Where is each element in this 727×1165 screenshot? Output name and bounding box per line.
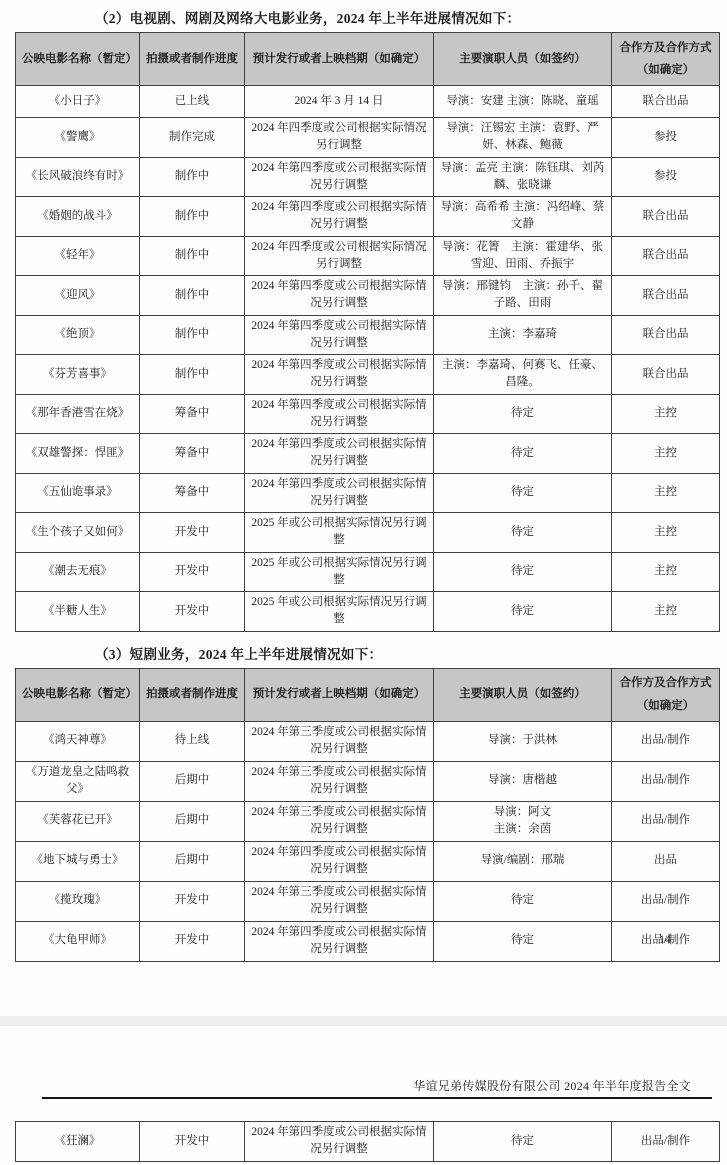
table-row: 《五仙诡事录》筹备中2024 年第四季度或公司根据实际情况另行调整待定主控 xyxy=(16,473,720,513)
table-cell: 2024 年四季度或公司根据实际情况另行调整 xyxy=(245,236,434,276)
short-drama-table: 公映电影名称（暂定） 拍摄或者制作进度 预计发行或者上映档期（如确定） 主要演职… xyxy=(15,668,720,962)
table-cell: 2024 年第三季度或公司根据实际情况另行调整 xyxy=(245,761,434,801)
table-cell: 《警鹰》 xyxy=(16,118,140,158)
table-cell: 《婚姻的战斗》 xyxy=(16,197,140,237)
table-cell: 参投 xyxy=(612,118,720,158)
table-cell: 出品/制作 xyxy=(612,801,720,841)
table-row: 《芬芳喜事》制作中2024 年第四季度或公司根据实际情况另行调整主演：李嘉琦、何… xyxy=(16,355,720,395)
table-row: 《小日子》已上线2024 年 3 月 14 日导演：安建 主演：陈晓、童瑶联合出… xyxy=(16,86,720,118)
section-heading-tv-business: （2）电视剧、网剧及网络大电影业务，2024 年上半年进展情况如下： xyxy=(95,7,727,27)
table-cell: 制作中 xyxy=(140,236,245,276)
table-header-row: 公映电影名称（暂定） 拍摄或者制作进度 预计发行或者上映档期（如确定） 主要演职… xyxy=(16,668,720,721)
table-cell: 制作中 xyxy=(140,276,245,316)
report-page-15-top: 华谊兄弟传媒股份有限公司 2024 年半年度报告全文 《狂澜》开发中2024 年… xyxy=(0,1026,727,1165)
column-header-release-window: 预计发行或者上映档期（如确定） xyxy=(245,668,434,721)
table-cell: 筹备中 xyxy=(140,473,245,513)
table-cell: 《半糖人生》 xyxy=(16,592,140,632)
report-running-header: 华谊兄弟传媒股份有限公司 2024 年半年度报告全文 xyxy=(0,1077,691,1094)
table-cell: 制作中 xyxy=(140,315,245,355)
table-cell: 2024 年 3 月 14 日 xyxy=(245,86,434,118)
table-cell: 2025 年或公司根据实际情况另行调整 xyxy=(245,592,434,632)
table-cell: 2024 年第三季度或公司根据实际情况另行调整 xyxy=(245,881,434,921)
column-header-progress: 拍摄或者制作进度 xyxy=(140,668,245,721)
table-cell: 出品/制作 xyxy=(612,1122,720,1162)
table-cell: 《双雄警探：悍匪》 xyxy=(16,434,140,474)
table-cell: 已上线 xyxy=(140,86,245,118)
column-header-cooperation: 合作方及合作方式（如确定） xyxy=(612,668,720,721)
table-cell: 2025 年或公司根据实际情况另行调整 xyxy=(245,513,434,553)
table-cell: 参投 xyxy=(612,157,720,197)
table-cell: 2024 年第四季度或公司根据实际情况另行调整 xyxy=(245,315,434,355)
table-cell: 开发中 xyxy=(140,592,245,632)
table-row: 《揽玫瑰》开发中2024 年第三季度或公司根据实际情况另行调整待定出品/制作 xyxy=(16,881,720,921)
table-cell: 2024 年第四季度或公司根据实际情况另行调整 xyxy=(245,197,434,237)
table-cell: 主控 xyxy=(612,473,720,513)
table-cell: 待定 xyxy=(434,1122,612,1162)
table-cell: 联合出品 xyxy=(612,315,720,355)
table-cell: 2024 年第四季度或公司根据实际情况另行调整 xyxy=(245,841,434,881)
table-row: 《双雄警探：悍匪》筹备中2024 年第四季度或公司根据实际情况另行调整待定主控 xyxy=(16,434,720,474)
table-cell: 制作完成 xyxy=(140,118,245,158)
table-cell: 《小日子》 xyxy=(16,86,140,118)
page-number: 14 xyxy=(659,932,671,947)
table-cell: 导演：汪锡宏 主演：袁野、严妍、林森、鲍薇 xyxy=(434,118,612,158)
table-cell: 待定 xyxy=(434,394,612,434)
table-cell: 《生个孩子又如何》 xyxy=(16,513,140,553)
table-cell: 后期中 xyxy=(140,801,245,841)
table-cell: 出品/制作 xyxy=(612,721,720,761)
table-cell: 2024 年第四季度或公司根据实际情况另行调整 xyxy=(245,355,434,395)
table-cell: 《那年香港雪在烧》 xyxy=(16,394,140,434)
table-cell: 联合出品 xyxy=(612,276,720,316)
table-cell: 《潮去无痕》 xyxy=(16,552,140,592)
column-header-progress: 拍摄或者制作进度 xyxy=(140,33,245,86)
table-cell: 筹备中 xyxy=(140,434,245,474)
table-header-row: 公映电影名称（暂定） 拍摄或者制作进度 预计发行或者上映档期（如确定） 主要演职… xyxy=(16,33,720,86)
table-row: 《绝顶》制作中2024 年第四季度或公司根据实际情况另行调整主演：李嘉琦联合出品 xyxy=(16,315,720,355)
table-row: 《警鹰》制作完成2024 年四季度或公司根据实际情况另行调整导演：汪锡宏 主演：… xyxy=(16,118,720,158)
table-cell: 《芙蓉花已开》 xyxy=(16,801,140,841)
table-row: 《潮去无痕》开发中2025 年或公司根据实际情况另行调整待定主控 xyxy=(16,552,720,592)
table-cell: 主控 xyxy=(612,513,720,553)
table-cell: 2024 年第四季度或公司根据实际情况另行调整 xyxy=(245,921,434,961)
column-header-cooperation: 合作方及合作方式（如确定） xyxy=(612,33,720,86)
table-cell: 导演：孟亮 主演：陈钰琪、刘芮麟、张晓谦 xyxy=(434,157,612,197)
table-cell: 导演：于洪林 xyxy=(434,721,612,761)
table-cell: 2024 年第四季度或公司根据实际情况另行调整 xyxy=(245,434,434,474)
table-cell: 《鸿天神尊》 xyxy=(16,721,140,761)
column-header-release-window: 预计发行或者上映档期（如确定） xyxy=(245,33,434,86)
table-cell: 《大龟甲师》 xyxy=(16,921,140,961)
table-cell: 制作中 xyxy=(140,157,245,197)
table-row: 《鸿天神尊》待上线2024 年第三季度或公司根据实际情况另行调整导演：于洪林出品… xyxy=(16,721,720,761)
table-row: 《迎风》制作中2024 年第四季度或公司根据实际情况另行调整导演：邢键钧 主演：… xyxy=(16,276,720,316)
table-cell: 《地下城与勇士》 xyxy=(16,841,140,881)
table-cell: 开发中 xyxy=(140,921,245,961)
table-cell: 2024 年第四季度或公司根据实际情况另行调整 xyxy=(245,394,434,434)
column-header-cast: 主要演职人员（如签约） xyxy=(434,668,612,721)
table-cell: 后期中 xyxy=(140,841,245,881)
table-row: 《芙蓉花已开》后期中2024 年第三季度或公司根据实际情况另行调整导演：阿文 主… xyxy=(16,801,720,841)
table-cell: 《长风破浪终有时》 xyxy=(16,157,140,197)
table-row: 《轻年》制作中2024 年四季度或公司根据实际情况另行调整导演：花箐 主演：霍建… xyxy=(16,236,720,276)
table-cell: 导演/编剧：邢瑞 xyxy=(434,841,612,881)
table-cell: 待定 xyxy=(434,881,612,921)
column-header-title: 公映电影名称（暂定） xyxy=(16,33,140,86)
table-cell: 主控 xyxy=(612,394,720,434)
table-cell: 2024 年四季度或公司根据实际情况另行调整 xyxy=(245,118,434,158)
table-cell: 《五仙诡事录》 xyxy=(16,473,140,513)
table-cell: 2025 年或公司根据实际情况另行调整 xyxy=(245,552,434,592)
table-cell: 制作中 xyxy=(140,197,245,237)
table-cell: 开发中 xyxy=(140,881,245,921)
section-heading-short-drama-business: （3）短剧业务，2024 年上半年进展情况如下： xyxy=(95,643,727,663)
table-cell: 导演：邢键钧 主演：孙千、翟子路、田雨 xyxy=(434,276,612,316)
table-cell: 导演：花箐 主演：霍建华、张雪迎、田雨、乔振宇 xyxy=(434,236,612,276)
table-row: 《生个孩子又如何》开发中2025 年或公司根据实际情况另行调整待定主控 xyxy=(16,513,720,553)
table-cell: 开发中 xyxy=(140,513,245,553)
table-cell: 2024 年第四季度或公司根据实际情况另行调整 xyxy=(245,157,434,197)
table-cell: 导演：高希希 主演：冯绍峰、蔡文静 xyxy=(434,197,612,237)
table-cell: 待定 xyxy=(434,473,612,513)
table-cell: 待上线 xyxy=(140,721,245,761)
table-row: 《万道龙皇之陆鸣救父》后期中2024 年第三季度或公司根据实际情况另行调整导演：… xyxy=(16,761,720,801)
table-cell: 《迎风》 xyxy=(16,276,140,316)
table-cell: 联合出品 xyxy=(612,236,720,276)
table-cell: 开发中 xyxy=(140,1122,245,1162)
table-cell: 2024 年第四季度或公司根据实际情况另行调整 xyxy=(245,473,434,513)
table-cell: 导演：阿文 主演：余茵 xyxy=(434,801,612,841)
tv-series-table: 公映电影名称（暂定） 拍摄或者制作进度 预计发行或者上映档期（如确定） 主要演职… xyxy=(15,32,720,632)
table-cell: 开发中 xyxy=(140,552,245,592)
table-row: 《大龟甲师》开发中2024 年第四季度或公司根据实际情况另行调整待定出品/制作 xyxy=(16,921,720,961)
table-row: 《半糖人生》开发中2025 年或公司根据实际情况另行调整待定主控 xyxy=(16,592,720,632)
table-cell: 出品/制作 xyxy=(612,761,720,801)
table-cell: 《狂澜》 xyxy=(16,1122,140,1162)
table-cell: 后期中 xyxy=(140,761,245,801)
table-cell: 主控 xyxy=(612,552,720,592)
table-cell: 《绝顶》 xyxy=(16,315,140,355)
table-cell: 《万道龙皇之陆鸣救父》 xyxy=(16,761,140,801)
table-cell: 2024 年第四季度或公司根据实际情况另行调整 xyxy=(245,1122,434,1162)
table-row: 《地下城与勇士》后期中2024 年第四季度或公司根据实际情况另行调整导演/编剧：… xyxy=(16,841,720,881)
page-gap-divider xyxy=(0,1016,727,1026)
table-cell: 2024 年第三季度或公司根据实际情况另行调整 xyxy=(245,801,434,841)
table-cell: 待定 xyxy=(434,552,612,592)
table-cell: 制作中 xyxy=(140,355,245,395)
table-row: 《婚姻的战斗》制作中2024 年第四季度或公司根据实际情况另行调整导演：高希希 … xyxy=(16,197,720,237)
table-cell: 筹备中 xyxy=(140,394,245,434)
table-cell: 待定 xyxy=(434,513,612,553)
table-cell: 联合出品 xyxy=(612,86,720,118)
table-cell: 导演：安建 主演：陈晓、童瑶 xyxy=(434,86,612,118)
table-cell: 联合出品 xyxy=(612,355,720,395)
header-rule-line xyxy=(42,1097,712,1099)
table-cell: 联合出品 xyxy=(612,197,720,237)
table-row: 《长风破浪终有时》制作中2024 年第四季度或公司根据实际情况另行调整导演：孟亮… xyxy=(16,157,720,197)
column-header-title: 公映电影名称（暂定） xyxy=(16,668,140,721)
table-row: 《狂澜》开发中2024 年第四季度或公司根据实际情况另行调整待定出品/制作 xyxy=(16,1122,720,1162)
table-row: 《那年香港雪在烧》筹备中2024 年第四季度或公司根据实际情况另行调整待定主控 xyxy=(16,394,720,434)
table-cell: 2024 年第四季度或公司根据实际情况另行调整 xyxy=(245,276,434,316)
table-cell: 主演：李嘉琦 xyxy=(434,315,612,355)
table-cell: 2024 年第三季度或公司根据实际情况另行调整 xyxy=(245,721,434,761)
table-cell: 《揽玫瑰》 xyxy=(16,881,140,921)
table-cell: 主演：李嘉琦、何赛飞、任豪、昌隆。 xyxy=(434,355,612,395)
continued-short-drama-table: 《狂澜》开发中2024 年第四季度或公司根据实际情况另行调整待定出品/制作 xyxy=(15,1121,720,1162)
table-cell: 主控 xyxy=(612,434,720,474)
table-cell: 待定 xyxy=(434,921,612,961)
column-header-cast: 主要演职人员（如签约） xyxy=(434,33,612,86)
report-page-14: （2）电视剧、网剧及网络大电影业务，2024 年上半年进展情况如下： 公映电影名… xyxy=(0,0,727,1016)
table-cell: 待定 xyxy=(434,592,612,632)
table-cell: 待定 xyxy=(434,434,612,474)
table-cell: 出品 xyxy=(612,841,720,881)
table-cell: 主控 xyxy=(612,592,720,632)
table-cell: 出品/制作 xyxy=(612,881,720,921)
table-cell: 《轻年》 xyxy=(16,236,140,276)
table-cell: 导演：唐楷越 xyxy=(434,761,612,801)
table-cell: 《芬芳喜事》 xyxy=(16,355,140,395)
